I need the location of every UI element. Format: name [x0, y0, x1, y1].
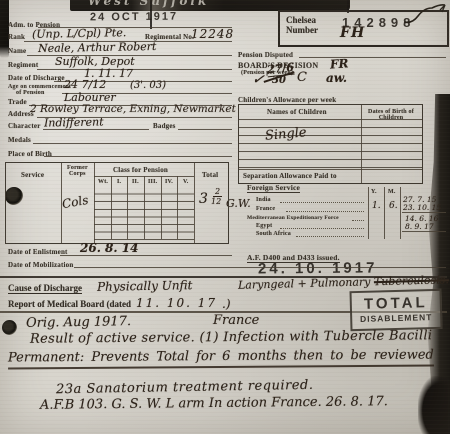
foreign-row-france: France	[256, 206, 275, 212]
total-col-header: Total	[202, 171, 218, 179]
age-label-2: of Pension	[16, 90, 45, 96]
chelsea-label-2: Number	[286, 25, 318, 35]
diagnosis-struck-text: Tuberculosis.	[374, 273, 449, 288]
note-gsw: A.F.B 103. G. S. W. L arm In action Fran…	[40, 394, 388, 413]
names-of-children-header: Names of Children	[267, 108, 327, 116]
former-corps-entry: Cols	[61, 193, 89, 211]
total-disablement-stamp: TOTAL DISABLEMENT	[349, 289, 442, 331]
medical-board-date: 11. 10. 17	[136, 296, 217, 310]
cause-of-discharge-value: Physically Unfit	[97, 278, 193, 294]
class-col-v: V.	[183, 179, 188, 185]
class-for-pension-header: Class for Pension	[113, 166, 168, 174]
service-col-header: Service	[21, 171, 44, 179]
table-row-lines	[239, 120, 422, 169]
address-value: 2 Rowley Terrace, Exning, Newmarket	[30, 103, 236, 115]
foreign-row-south-africa: South Africa	[256, 231, 291, 237]
class-col-i: I.	[117, 179, 121, 185]
france-months-value: 6.	[389, 201, 398, 211]
date-of-enlistment-value: 26. 8. 14	[80, 241, 138, 255]
col-years-header: Y.	[371, 189, 377, 195]
age-note: (3'. 03)	[130, 80, 166, 91]
date-stamp-admission: 24 OCT 1917	[90, 11, 178, 24]
service-date: 23. 10. 15	[403, 203, 441, 212]
diagnosis-text: Laryngeal + Pulmonary	[238, 275, 374, 292]
foreign-row-mef: Mediterranean Expeditionary Force	[247, 215, 339, 221]
pension-disputed-label: Pension Disputed	[238, 51, 293, 59]
name-label: Name	[8, 47, 26, 55]
col-months-header: M.	[388, 189, 396, 195]
date-of-mobilization-label: Date of Mobilization	[8, 261, 73, 269]
badges-label: Badges	[153, 122, 176, 130]
chelsea-initials: FH	[340, 25, 365, 41]
service-history-table: Service Former Corps Class for Pension W…	[5, 162, 229, 244]
pension-record-card: West Suffolk 24 OCT 1917 Adm. to Pension…	[0, 0, 450, 434]
regimental-no-value: 12248	[191, 27, 234, 41]
class-col-ii: II.	[132, 179, 139, 185]
medical-board-close: .)	[222, 297, 231, 311]
decision-tick: ✓	[251, 69, 266, 89]
age-value: 24 7/12	[64, 78, 106, 91]
note-origin-place: France	[213, 313, 259, 328]
name-value: Neale, Arthur Robert	[38, 40, 157, 55]
service-date: 8. 9. 17	[405, 222, 434, 231]
cause-of-discharge-label: Cause of Discharge	[8, 283, 82, 294]
foreign-annotation: G.W.	[226, 197, 251, 210]
scan-blob	[418, 376, 448, 434]
stamp-line-2: DISABLEMENT	[352, 312, 440, 324]
separation-allowance-label: Separation Allowance Paid to	[243, 172, 337, 180]
note-result: Result of active service. (1) Infection …	[30, 328, 432, 347]
date-of-enlistment-label: Date of Enlistment	[8, 248, 68, 256]
childrens-allowance-label: Children's Allowance per week	[238, 96, 336, 104]
check-mark-annotation	[402, 2, 446, 26]
character-value: Indifferent	[44, 115, 104, 129]
rank-value: (Unp. L/Cpl) Pte.	[32, 26, 127, 41]
former-corps-header-2: Corps	[69, 171, 86, 177]
class-col-wt: Wt.	[98, 179, 108, 185]
chelsea-label-1: Chelsea	[286, 15, 316, 25]
medals-label: Medals	[8, 136, 31, 144]
total-service-frac-den: 12	[211, 197, 221, 206]
decision-class-letter: C	[297, 70, 307, 85]
total-service-frac-num: 2	[213, 187, 222, 197]
foreign-row-egypt: Egypt	[256, 223, 272, 229]
corner-note: West Suffolk	[88, 0, 209, 8]
decision-note-1: FR	[330, 56, 349, 71]
france-years-value: 1.	[372, 201, 381, 211]
foreign-service-label: Foreign Service	[247, 183, 300, 193]
foreign-row-india: India	[256, 197, 271, 203]
rank-label: Rank	[8, 33, 25, 41]
childrens-allowance-table: Names of Children Dates of Birth of Chil…	[238, 104, 423, 184]
note-origin: Orig. Aug 1917.	[26, 314, 131, 331]
punch-hole	[2, 320, 17, 335]
note-permanent: Permanent: Prevents Total for 6 months t…	[8, 348, 434, 370]
total-service-whole: 3	[199, 191, 208, 207]
note-sanatorium: 23a Sanatorium treatment required.	[56, 378, 314, 397]
regiment-label: Regiment	[8, 61, 38, 69]
class-col-iii: III.	[148, 179, 157, 185]
medical-board-label: Report of Medical Board (dated	[8, 299, 131, 309]
decision-note-2: aw.	[326, 71, 347, 85]
trade-label: Trade	[8, 98, 27, 106]
character-label: Character	[8, 122, 41, 130]
table-grid-lines	[94, 187, 194, 240]
stamp-line-1: TOTAL	[352, 294, 440, 313]
class-col-iv: IV.	[165, 179, 173, 185]
